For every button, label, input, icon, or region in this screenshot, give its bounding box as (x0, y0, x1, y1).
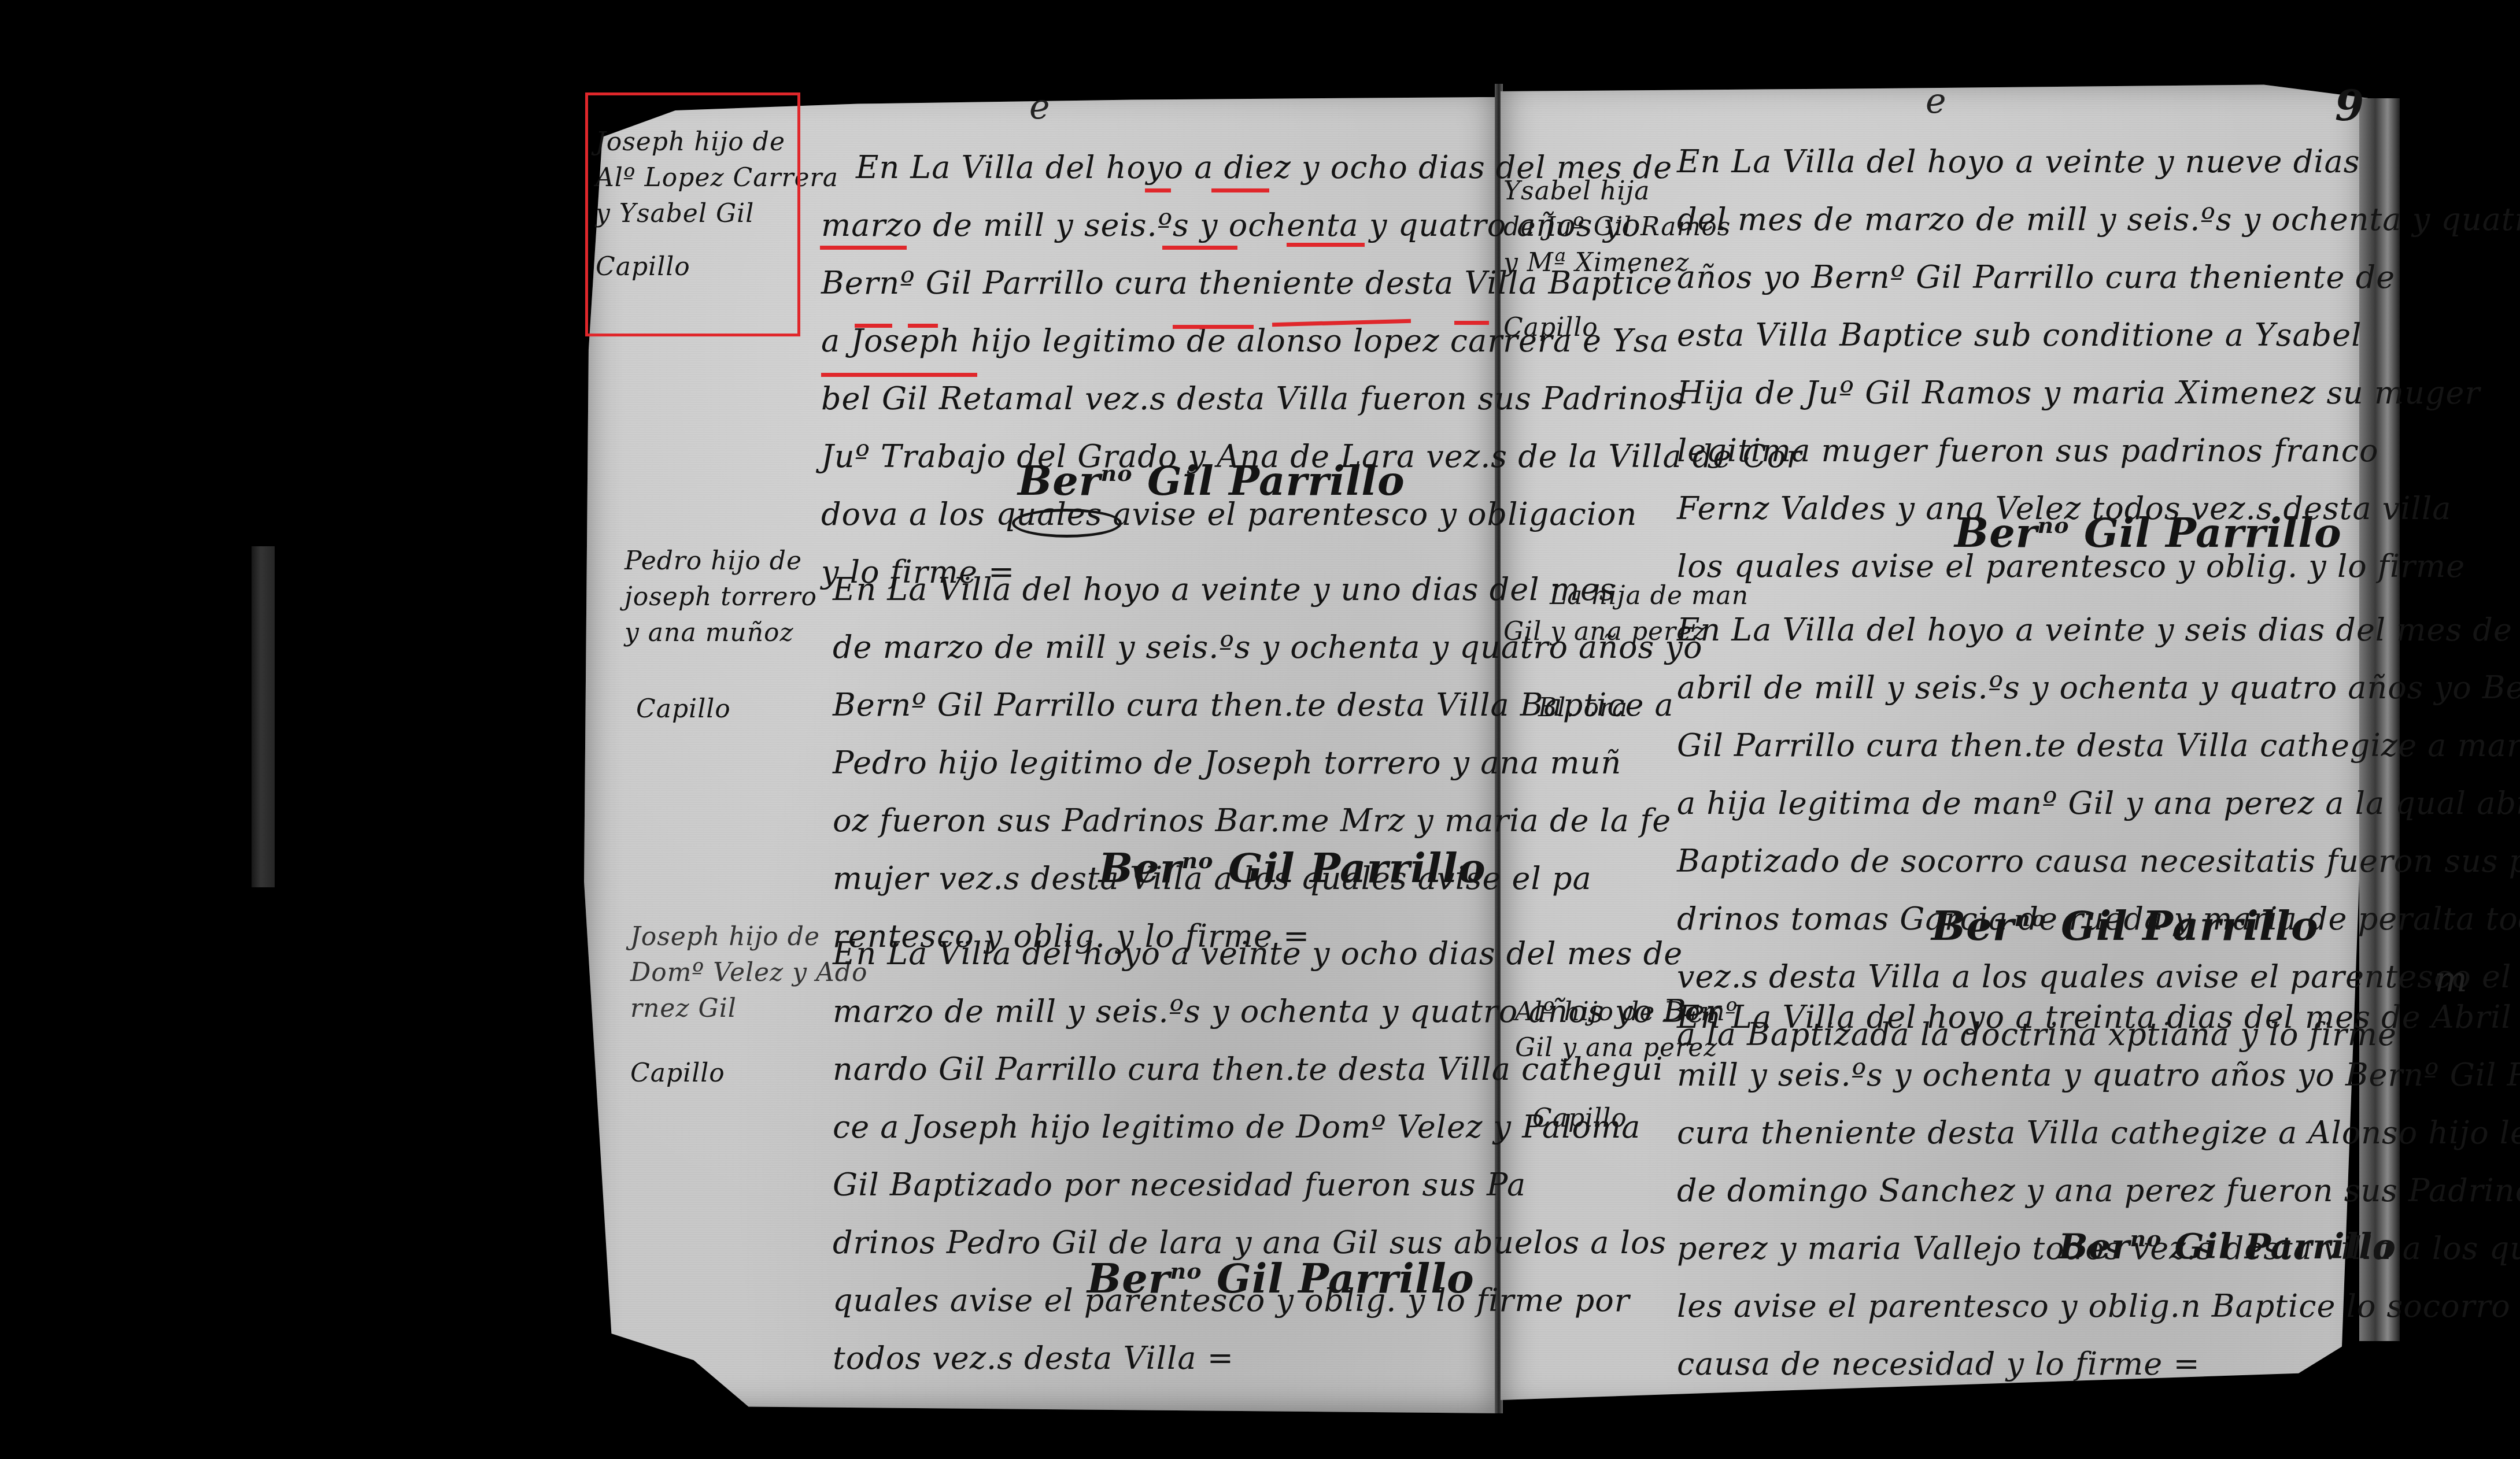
text-line: Hija de Juº Gil Ramos y maria Ximenez su… (1677, 364, 2520, 422)
annotation-underline (820, 246, 907, 250)
margin-line: joseph torrero (625, 579, 817, 615)
signature-left-2: Berno Gil Parrillo (1099, 844, 1486, 892)
text-line: oz fueron sus Padrinos Bar.me Mrz y mari… (833, 792, 1702, 850)
text-line: En La Villa del hoyo a veinte y seis dia… (1677, 601, 2520, 659)
annotation-underline (1287, 243, 1365, 247)
text-line: Gil Parrillo cura then.te desta Villa ca… (1677, 717, 2520, 775)
header-mark-left: e (1029, 87, 1050, 127)
annotation-underline (1162, 246, 1237, 250)
annotation-underline (1211, 188, 1269, 192)
annotation-underline (855, 324, 892, 328)
text-line: legitima muger fueron sus padrinos franc… (1677, 422, 2520, 480)
text-line: bel Gil Retamal vez.s desta Villa fueron… (821, 370, 1802, 428)
text-line: cura theniente desta Villa cathegize a A… (1677, 1104, 2520, 1162)
header-mark-right: e (1926, 81, 1946, 121)
annotation-underline (908, 324, 938, 328)
annotation-underline (1173, 325, 1254, 329)
text-line: En La Villa del hoyo a treinta dias del … (1677, 988, 2520, 1046)
signature-left-3: Berno Gil Parrillo (1087, 1254, 1475, 1302)
text-line: esta Villa Baptice sub conditione a Ysab… (1677, 306, 2520, 364)
annotation-underline (1454, 321, 1489, 325)
margin-line: Capillo (630, 1056, 868, 1091)
margin-line: Pedro hijo de (625, 543, 817, 579)
edge-mark: m (2434, 960, 2467, 1000)
text-line: causa de necesidad y lo firme = (1677, 1335, 2520, 1393)
text-line: les avise el parentesco y oblig.n Baptic… (1677, 1277, 2520, 1335)
text-line: todos vez.s desta Villa = (833, 1330, 1721, 1387)
text-line: abril de mill y seis.ºs y ochenta y quat… (1677, 659, 2520, 717)
annotation-underline (821, 373, 977, 377)
text-line: del mes de marzo de mill y seis.ºs y och… (1677, 191, 2520, 249)
signature-right-1: Berno Gil Parrillo (1954, 509, 2342, 557)
text-line: Baptizado de socorro causa necesitatis f… (1677, 832, 2520, 890)
annotation-highlight-box (585, 92, 800, 336)
text-line: En La Villa del hoyo a veinte y nueve di… (1677, 133, 2520, 191)
text-line: Pedro hijo legitimo de Joseph torrero y … (833, 734, 1702, 792)
signature-right-2: Berno Gil Parrillo (1931, 902, 2319, 950)
text-line: a hija legitima de manº Gil y ana perez … (1677, 775, 2520, 832)
annotation-underline (1145, 188, 1171, 192)
signature-left-1: Berno Gil Parrillo (1018, 457, 1405, 505)
text-line: de domingo Sanchez y ana perez fueron su… (1677, 1162, 2520, 1220)
signature-right-3: Berno Gil Parrillo (2059, 1225, 2396, 1267)
text-line: Gil Baptizado por necesidad fueron sus P… (833, 1156, 1721, 1214)
margin-line: rnez Gil (630, 991, 868, 1027)
margin-note-entry-2: Pedro hijo de joseph torrero y ana muñoz… (625, 543, 817, 727)
text-line: En La Villa del hoyo a veinte y ocho dia… (833, 925, 1721, 983)
entry-text-right-3: En La Villa del hoyo a treinta dias del … (1677, 988, 2520, 1393)
margin-line: y ana muñoz (625, 615, 817, 651)
signature-flourish (1012, 509, 1122, 538)
margin-note-entry-3: Joseph hijo de Domº Velez y Ado rnez Gil… (630, 919, 868, 1091)
page-number: 9 (2335, 81, 2364, 130)
scanner-background-strip (252, 546, 275, 887)
text-line: mill y seis.ºs y ochenta y quatro años y… (1677, 1046, 2520, 1104)
margin-line: Joseph hijo de (630, 919, 868, 955)
margin-line: Domº Velez y Ado (630, 955, 868, 991)
margin-line: Capillo (625, 691, 817, 727)
text-line: años yo Bernº Gil Parrillo cura thenient… (1677, 249, 2520, 306)
